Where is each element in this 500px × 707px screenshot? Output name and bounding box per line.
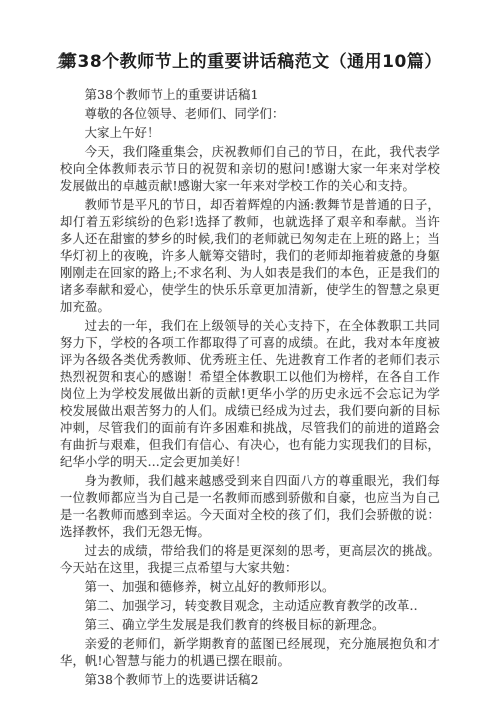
paragraph: 第38个教师节上的选要讲话稿2 (60, 672, 440, 689)
page-title-text: 第38个教师节上的重要讲话稿范文（通用10篇） (60, 52, 442, 72)
paragraph: 身为教师，我们越来越感受到来自四面八方的尊重眼光，我们每一位教师都应当为自己是一… (60, 473, 440, 541)
document-body: 第38个教师节上的重要讲话稿1尊敬的各位领导、老师们、同学们：大家上午好！今天，… (60, 87, 440, 689)
page-title: 第第38个教师节上的重要讲话稿范文（通用10篇） (60, 50, 440, 74)
paragraph: 第一、加强和德修养，树立乩好的教师形以。 (60, 579, 440, 596)
document-page: 第第38个教师节上的重要讲话稿范文（通用10篇） 第38个教师节上的重要讲话稿1… (0, 0, 500, 707)
paragraph: 第二、加强学习，转变教目观念，主动适应教育教学的改革.. (60, 598, 440, 615)
paragraph: 亲爱的老师们，新学期教育的蓝图已经展现，充分施展抱负和才华，帆!心智慧与能力的机… (60, 636, 440, 670)
paragraph: 教师节是平凡的节日，却否着辉煌的内涵:教舞节是普通的日子，却仃着五彩缤纷的色彩!… (60, 197, 440, 316)
paragraph: 尊敬的各位领导、老师们、同学们： (60, 106, 440, 123)
paragraph: 大家上午好！ (60, 125, 440, 142)
paragraph: 今天，我们隆重集会，庆祝教师们自己的节日，在此，我代表学校向全体教师表示节日的祝… (60, 144, 440, 195)
paragraph: 第38个教师节上的重要讲话稿1 (60, 87, 440, 104)
paragraph: 过去的一年，我们在上级领导的关心支持下，在全体教职工共同努力下，学校的各项工作都… (60, 318, 440, 471)
paragraph: 过去的成绩，带给我们的将是更深刻的思考，更高层次的挑战。今天站在这里，我提三点希… (60, 543, 440, 577)
paragraph: 第三、确立学生发展是我们教育的终极目标的新理念。 (60, 617, 440, 634)
